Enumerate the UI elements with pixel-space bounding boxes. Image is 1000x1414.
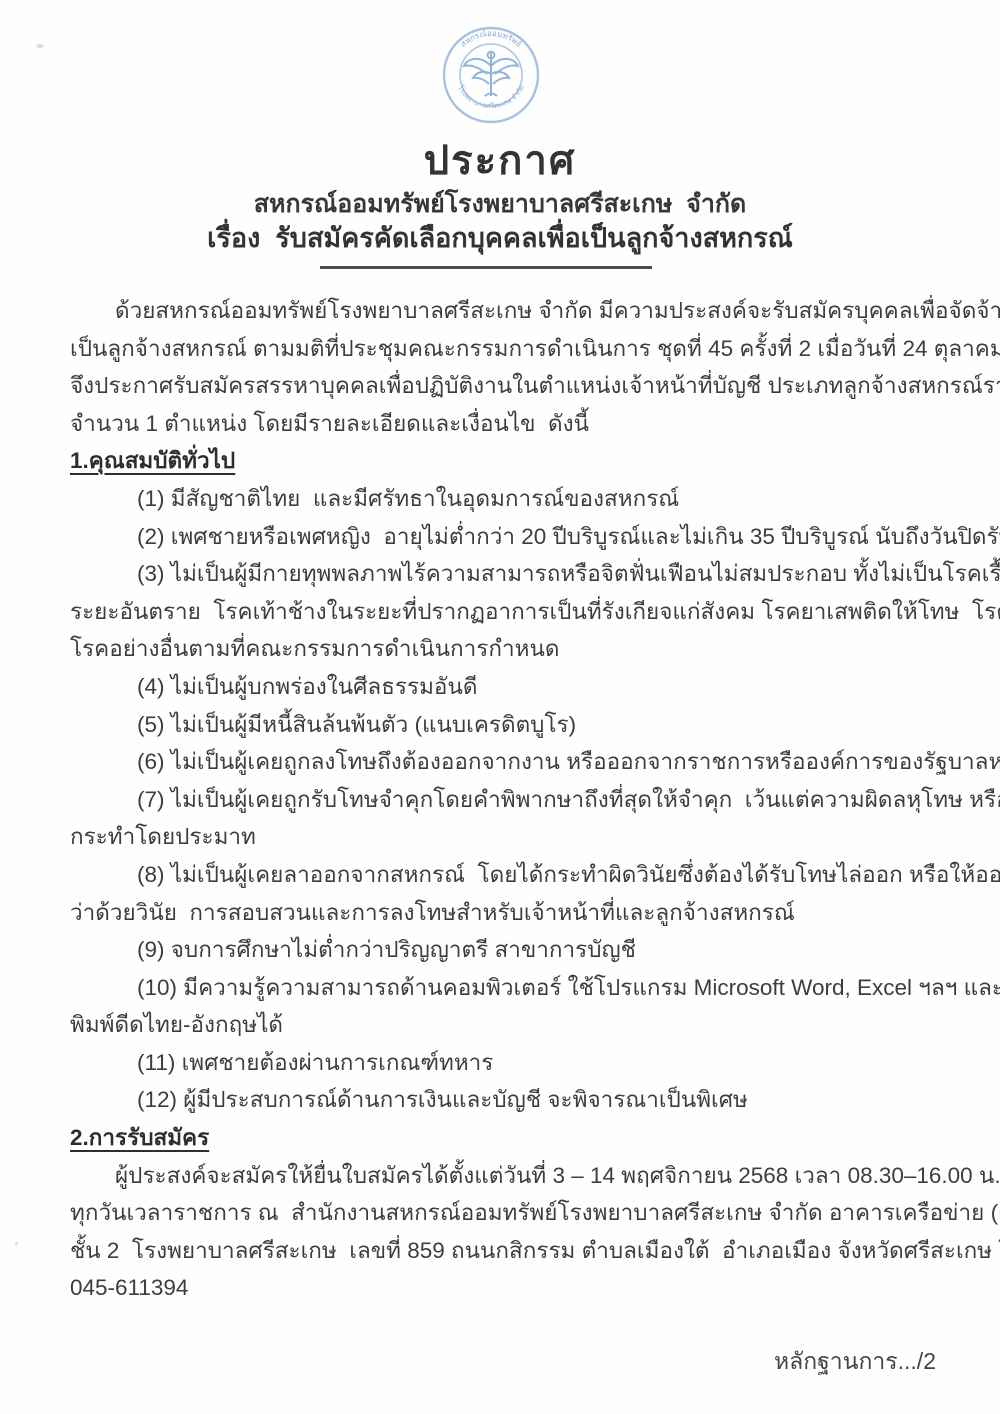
phone-number: 045-611394 xyxy=(70,1269,934,1307)
scan-artifact xyxy=(15,1242,18,1245)
qualification-item-3: (3) ไม่เป็นผู้มีกายทุพพลภาพไร้ความสามารถ… xyxy=(70,555,934,593)
application-line: ทุกวันเวลาราชการ ณ สำนักงานสหกรณ์ออมทรัพ… xyxy=(70,1194,934,1232)
scanned-announcement-page: สหกรณ์ออมทรัพย์ โรงพยาบาลศรีสะเกษ จำกัด … xyxy=(0,0,1000,1414)
qualification-item-12: (12) ผู้มีประสบการณ์ด้านการเงินและบัญชี … xyxy=(70,1081,934,1119)
qualification-item-10: (10) มีความรู้ความสามารถด้านคอมพิวเตอร์ … xyxy=(70,969,934,1007)
qualification-item-5: (5) ไม่เป็นผู้มีหนี้สินล้นพ้นตัว (แนบเคร… xyxy=(70,706,934,744)
qualification-item-11: (11) เพศชายต้องผ่านการเกณฑ์ทหาร xyxy=(70,1044,934,1082)
qualification-item-10-cont: พิมพ์ดีดไทย-อังกฤษได้ xyxy=(70,1006,934,1044)
intro-line: จำนวน 1 ตำแหน่ง โดยมีรายละเอียดและเงื่อน… xyxy=(70,405,934,443)
title-divider xyxy=(320,266,652,269)
intro-line: จึงประกาศรับสมัครสรรหาบุคคลเพื่อปฏิบัติง… xyxy=(70,367,934,405)
qualification-item-6: (6) ไม่เป็นผู้เคยถูกลงโทษถึงต้องออกจากงา… xyxy=(70,743,934,781)
intro-line: ด้วยสหกรณ์ออมทรัพย์โรงพยาบาลศรีสะเกษ จำก… xyxy=(70,292,934,330)
page-continuation-note: หลักฐานการ.../2 xyxy=(774,1344,936,1380)
qualification-item-4: (4) ไม่เป็นผู้บกพร่องในศีลธรรมอันดี xyxy=(70,668,934,706)
intro-line: เป็นลูกจ้างสหกรณ์ ตามมติที่ประชุมคณะกรรม… xyxy=(70,330,934,368)
scan-artifact xyxy=(36,44,44,48)
subject-line: เรื่อง รับสมัครคัดเลือกบุคคลเพื่อเป็นลูก… xyxy=(0,216,1000,259)
qualification-item-3-cont: ระยะอันตราย โรคเท้าช้างในระยะที่ปรากฏอาก… xyxy=(70,593,934,631)
svg-text:สหกรณ์ออมทรัพย์: สหกรณ์ออมทรัพย์ xyxy=(459,28,524,49)
section-1-heading: 1.คุณสมบัติทั่วไป xyxy=(70,442,934,480)
document-body: ด้วยสหกรณ์ออมทรัพย์โรงพยาบาลศรีสะเกษ จำก… xyxy=(70,292,934,1307)
application-line: ชั้น 2 โรงพยาบาลศรีสะเกษ เลขที่ 859 ถนนก… xyxy=(70,1232,934,1270)
qualification-item-2: (2) เพศชายหรือเพศหญิง อายุไม่ต่ำกว่า 20 … xyxy=(70,518,934,556)
qualification-item-8: (8) ไม่เป็นผู้เคยลาออกจากสหกรณ์ โดยได้กร… xyxy=(70,856,934,894)
seal-ring-text-top: สหกรณ์ออมทรัพย์ xyxy=(459,28,524,49)
qualification-item-9: (9) จบการศึกษาไม่ต่ำกว่าปริญญาตรี สาขากา… xyxy=(70,931,934,969)
qualification-item-7: (7) ไม่เป็นผู้เคยถูกรับโทษจำคุกโดยคำพิพา… xyxy=(70,781,934,819)
section-2-heading: 2.การรับสมัคร xyxy=(70,1119,934,1157)
qualification-item-7-cont: กระทำโดยประมาท xyxy=(70,818,934,856)
qualification-item-1: (1) มีสัญชาติไทย และมีศรัทธาในอุดมการณ์ข… xyxy=(70,480,934,518)
cooperative-seal-icon: สหกรณ์ออมทรัพย์ โรงพยาบาลศรีสะเกษ จำกัด xyxy=(440,22,542,130)
qualification-item-8-cont: ว่าด้วยวินัย การสอบสวนและการลงโทษสำหรับเ… xyxy=(70,894,934,932)
qualification-item-3-cont: โรคอย่างอื่นตามที่คณะกรรมการดำเนินการกำห… xyxy=(70,630,934,668)
page-title: ประกาศ xyxy=(0,128,1000,192)
application-line: ผู้ประสงค์จะสมัครให้ยื่นใบสมัครได้ตั้งแต… xyxy=(70,1157,934,1195)
seal-graphic: สหกรณ์ออมทรัพย์ โรงพยาบาลศรีสะเกษ จำกัด xyxy=(440,22,542,130)
